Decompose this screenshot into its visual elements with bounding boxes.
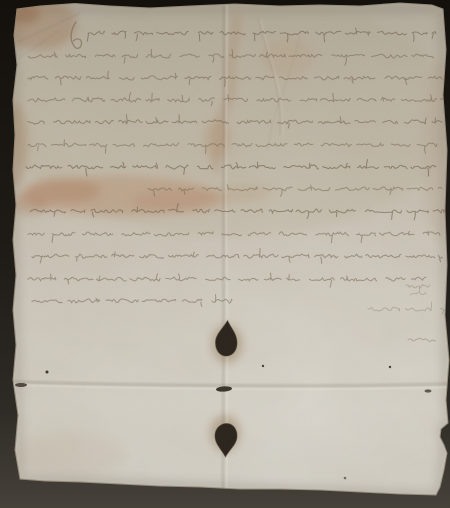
parchment-photograph: [0, 0, 450, 508]
photo-stage: [0, 0, 450, 508]
film-grain: [0, 0, 450, 508]
parchment-sheet: [0, 0, 450, 508]
